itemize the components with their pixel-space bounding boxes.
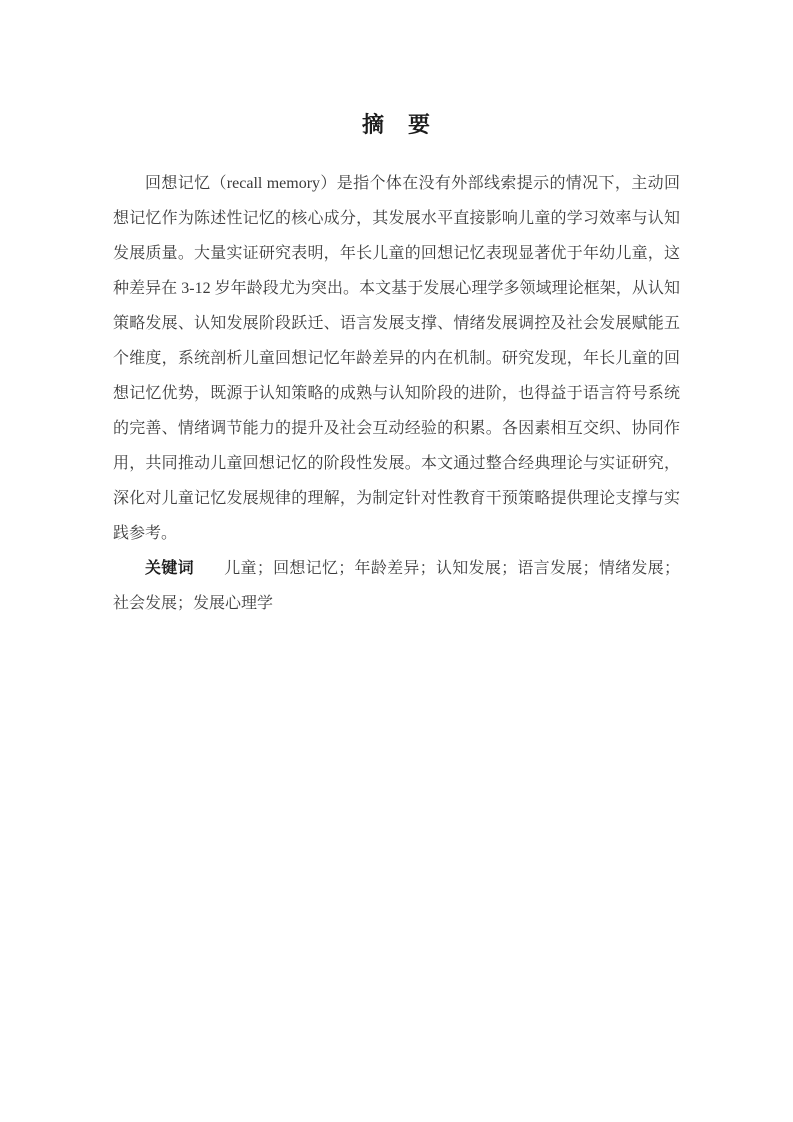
keywords-label: 关键词 (145, 560, 224, 577)
keywords-paragraph: 关键词儿童；回想记忆；年龄差异；认知发展；语言发展；情绪发展；社会发展；发展心理… (113, 551, 680, 621)
abstract-title: 摘 要 (113, 110, 680, 140)
document-page: 摘 要 回想记忆（recall memory）是指个体在没有外部线索提示的情况下… (0, 0, 793, 1122)
abstract-section: 摘 要 回想记忆（recall memory）是指个体在没有外部线索提示的情况下… (113, 110, 680, 621)
abstract-paragraph: 回想记忆（recall memory）是指个体在没有外部线索提示的情况下，主动回… (113, 166, 680, 551)
